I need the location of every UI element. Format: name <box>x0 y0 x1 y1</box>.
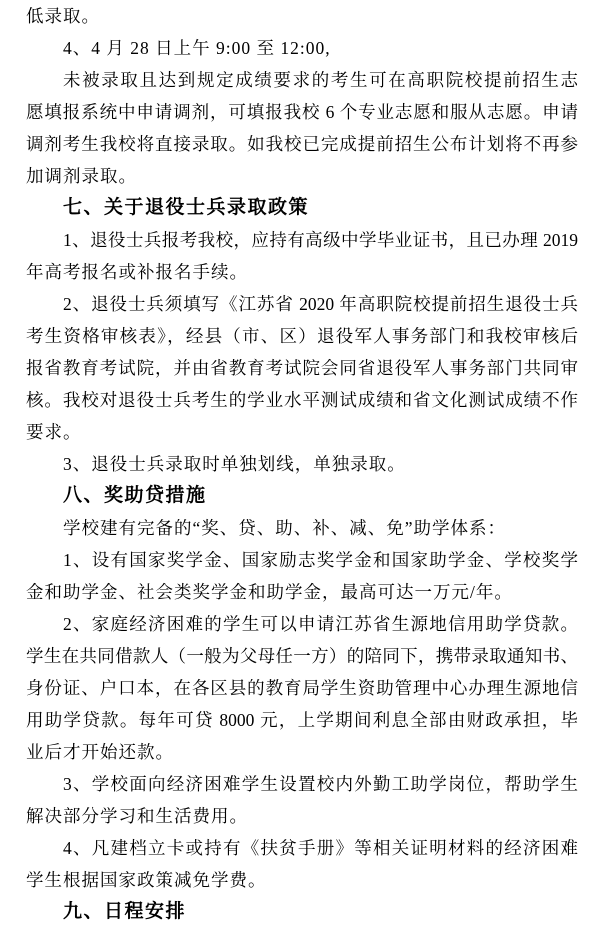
text-line: 2、退役士兵须填写《江苏省 2020 年高职院校提前招生退役士兵 <box>26 288 578 320</box>
text-line: 用助学贷款。每年可贷 8000 元，上学期间利息全部由财政承担，毕 <box>26 704 578 736</box>
text-line: 4、凡建档立卡或持有《扶贫手册》等相关证明材料的经济困难 <box>26 832 578 864</box>
text-line: 加调剂录取。 <box>26 160 578 192</box>
text-line: 考生资格审核表》，经县（市、区）退役军人事务部门和我校审核后 <box>26 320 578 352</box>
text-line: 调剂考生我校将直接录取。如我校已完成提前招生公布计划将不再参 <box>26 128 578 160</box>
text-line: 2、家庭经济困难的学生可以申请江苏省生源地信用助学贷款。 <box>26 608 578 640</box>
text-line: 学生根据国家政策减免学费。 <box>26 864 578 896</box>
section-heading: 九、日程安排 <box>26 896 578 928</box>
text-line: 1、设有国家奖学金、国家励志奖学金和国家助学金、学校奖学 <box>26 544 578 576</box>
text-line: 年高考报名或补报名手续。 <box>26 256 578 288</box>
text-line: 3、学校面向经济困难学生设置校内外勤工助学岗位，帮助学生 <box>26 768 578 800</box>
text-line: 要求。 <box>26 416 578 448</box>
text-line: 愿填报系统中申请调剂，可填报我校 6 个专业志愿和服从志愿。申请 <box>26 96 578 128</box>
text-line: 报省教育考试院，并由省教育考试院会同省退役军人事务部门共同审 <box>26 352 578 384</box>
text-line: 金和助学金、社会类奖学金和助学金，最高可达一万元/年。 <box>26 576 578 608</box>
text-line: 解决部分学习和生活费用。 <box>26 800 578 832</box>
text-line: 业后才开始还款。 <box>26 736 578 768</box>
section-heading: 八、奖助贷措施 <box>26 480 578 512</box>
text-line: 未被录取且达到规定成绩要求的考生可在高职院校提前招生志 <box>26 64 578 96</box>
document-body: 低录取。4、4 月 28 日上午 9:00 至 12:00,未被录取且达到规定成… <box>26 0 578 928</box>
text-line: 身份证、户口本，在各区县的教育局学生资助管理中心办理生源地信 <box>26 672 578 704</box>
text-line: 3、退役士兵录取时单独划线，单独录取。 <box>26 448 578 480</box>
section-heading: 七、关于退役士兵录取政策 <box>26 192 578 224</box>
text-line: 核。我校对退役士兵考生的学业水平测试成绩和省文化测试成绩不作 <box>26 384 578 416</box>
text-line: 低录取。 <box>26 0 578 32</box>
text-line: 1、退役士兵报考我校，应持有高级中学毕业证书，且已办理 2019 <box>26 224 578 256</box>
text-line: 学生在共同借款人（一般为父母任一方）的陪同下，携带录取通知书、 <box>26 640 578 672</box>
document-page: 低录取。4、4 月 28 日上午 9:00 至 12:00,未被录取且达到规定成… <box>0 0 606 928</box>
text-line: 学校建有完备的“奖、贷、助、补、减、免”助学体系： <box>26 512 578 544</box>
text-line: 4、4 月 28 日上午 9:00 至 12:00, <box>26 32 578 64</box>
